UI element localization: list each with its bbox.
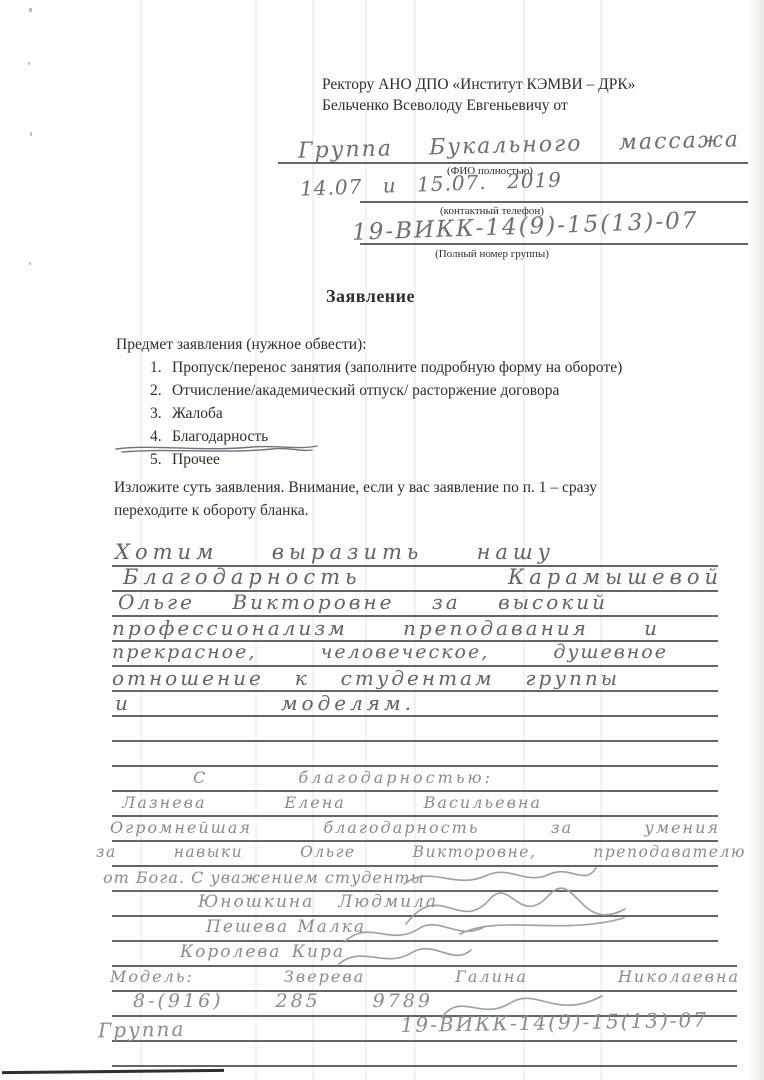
selection-scribble bbox=[112, 440, 322, 456]
scan-speck bbox=[29, 262, 31, 265]
thanks-line: Огромнейшая благодарность за умения bbox=[110, 818, 720, 837]
statement-line: профессионализм преподавания и bbox=[112, 616, 660, 640]
subject-item-3: 3.Жалоба bbox=[150, 405, 223, 423]
item-text: Пропуск/перенос занятия (заполните подро… bbox=[172, 359, 622, 376]
group-line bbox=[360, 243, 748, 245]
scan-speck bbox=[29, 8, 32, 12]
subject-label: Предмет заявления (нужное обвести): bbox=[116, 336, 367, 354]
item-number: 3. bbox=[150, 405, 172, 423]
page-title: Заявление bbox=[326, 286, 415, 307]
statement-line: Ольге Викторовне за высокий bbox=[118, 590, 608, 614]
ruled-line bbox=[112, 740, 718, 742]
ruled-line bbox=[112, 1065, 737, 1067]
signature-flourish bbox=[437, 986, 607, 1028]
statement-line: и моделям. bbox=[115, 691, 415, 715]
group-label: (Полный номер группы) bbox=[402, 248, 582, 260]
ruled-line bbox=[112, 765, 718, 767]
statement-line: отношение к студентам группы bbox=[112, 666, 620, 690]
thanks-phone: 8-(916) 285 9789 bbox=[133, 990, 433, 1012]
signature-flourish bbox=[335, 938, 475, 974]
item-text: Отчисление/академический отпуск/ расторж… bbox=[172, 382, 559, 399]
ruled-line bbox=[112, 715, 718, 717]
statement-line: Благодарность Карамышевой bbox=[123, 565, 723, 589]
statement-line: Хотим выразить нашу bbox=[115, 540, 555, 564]
addressee-line-2: Бельченко Всеволоду Евгеньевичу от bbox=[322, 97, 568, 115]
bottom-page-edge-line bbox=[2, 1069, 224, 1074]
instruction-line-1: Изложите суть заявления. Внимание, если … bbox=[114, 479, 597, 497]
subject-item-2: 2.Отчисление/академический отпуск/ расто… bbox=[150, 382, 559, 400]
scan-speck bbox=[30, 132, 32, 136]
instruction-line-2: переходите к обороту бланка. bbox=[114, 502, 309, 520]
thanks-line: от Бога. С уважением студенты bbox=[103, 868, 413, 887]
thanks-group-number: Группа 19-ВИКК-14(9)-15(13)-07 bbox=[98, 1008, 708, 1043]
thanks-signature-name: Королева Кира bbox=[180, 942, 345, 962]
thanks-line: С благодарностью: bbox=[193, 768, 493, 787]
ruled-line bbox=[112, 840, 718, 842]
statement-line: прекрасное, человеческое, душевное bbox=[112, 641, 668, 663]
item-number: 1. bbox=[150, 359, 172, 377]
scan-speck bbox=[28, 62, 30, 65]
ruled-line bbox=[112, 790, 718, 792]
phone-line bbox=[360, 201, 748, 203]
item-text: Жалоба bbox=[172, 405, 223, 422]
fio-line bbox=[278, 162, 748, 164]
addressee-line-1: Ректору АНО ДПО «Институт КЭМВИ – ДРК» bbox=[322, 76, 635, 94]
scanned-application-form: Ректору АНО ДПО «Институт КЭМВИ – ДРК» Б… bbox=[0, 0, 764, 1080]
item-number: 2. bbox=[150, 382, 172, 400]
thanks-line: Лазнева Елена Васильевна bbox=[122, 793, 542, 812]
ruled-line bbox=[112, 815, 718, 817]
subject-item-1: 1.Пропуск/перенос занятия (заполните под… bbox=[150, 359, 622, 377]
paper-edge-shadow bbox=[750, 0, 764, 1080]
